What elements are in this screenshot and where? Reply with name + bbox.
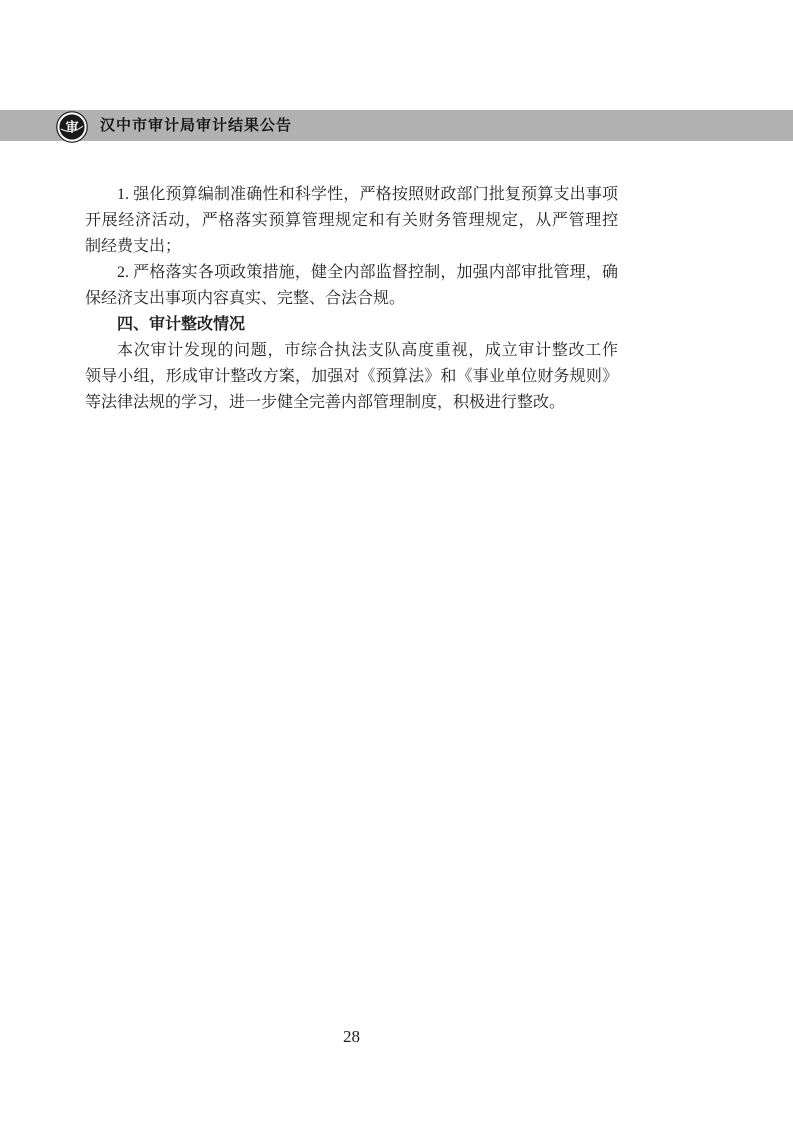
text-line: 领导小组，形成审计整改方案，加强对《预算法》和《事业单位财务规则》 <box>85 364 618 390</box>
paragraph: 2. 严格落实各项政策措施，健全内部监督控制，加强内部审批管理，确保经济支出事项… <box>85 260 618 312</box>
content-area: 1. 强化预算编制准确性和科学性，严格按照财政部门批复预算支出事项开展经济活动，… <box>85 182 618 416</box>
text-line: 等法律法规的学习，进一步健全完善内部管理制度，积极进行整改。 <box>85 390 618 416</box>
document-page: 审 汉中市审计局审计结果公告 1. 强化预算编制准确性和科学性，严格按照财政部门… <box>0 0 793 1122</box>
text-line: 1. 强化预算编制准确性和科学性，严格按照财政部门批复预算支出事项 <box>85 182 618 208</box>
paragraph: 本次审计发现的问题，市综合执法支队高度重视，成立审计整改工作领导小组，形成审计整… <box>85 338 618 416</box>
text-line: 2. 严格落实各项政策措施，健全内部监督控制，加强内部审批管理，确 <box>85 260 618 286</box>
section-heading: 四、审计整改情况 <box>85 312 618 338</box>
text-line: 四、审计整改情况 <box>85 312 618 338</box>
page-number: 28 <box>85 1027 618 1047</box>
text-line: 开展经济活动，严格落实预算管理规定和有关财务管理规定，从严管理控 <box>85 208 618 234</box>
text-line: 制经费支出； <box>85 234 618 260</box>
text-line: 保经济支出事项内容真实、完整、合法合规。 <box>85 286 618 312</box>
paragraph: 1. 强化预算编制准确性和科学性，严格按照财政部门批复预算支出事项开展经济活动，… <box>85 182 618 260</box>
text-line: 本次审计发现的问题，市综合执法支队高度重视，成立审计整改工作 <box>85 338 618 364</box>
seal-glyph: 审 <box>65 120 78 135</box>
audit-seal-icon: 审 <box>56 111 88 143</box>
header-title: 汉中市审计局审计结果公告 <box>100 110 292 141</box>
